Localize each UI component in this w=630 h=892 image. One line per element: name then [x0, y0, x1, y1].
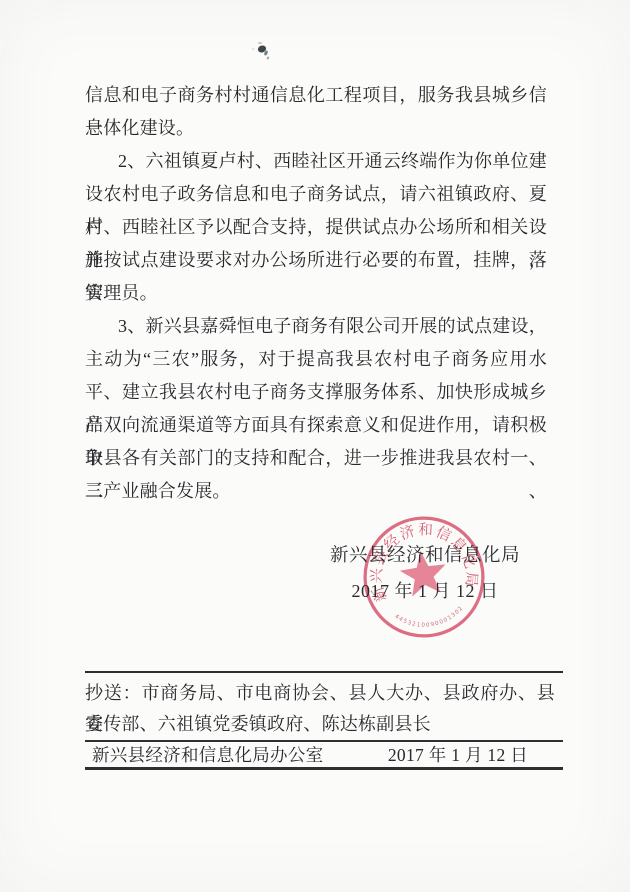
body-line: 并按试点建设要求对办公场所进行必要的布置，挂牌，落实	[85, 244, 547, 277]
body-line: 一体化建设。	[85, 112, 547, 145]
scanned-document-page: 信息和电子商务村村通信息化工程项目，服务我县城乡信息一体化建设。2、六祖镇夏卢村…	[0, 0, 630, 892]
signature-block: 新兴县经济和信息化局 2017 年 1 月 12 日	[265, 543, 585, 605]
body-line: 主动为“三农”服务，对于提高我县农村电子商务应用水	[85, 343, 547, 376]
signing-agency: 新兴县经济和信息化局	[265, 543, 585, 570]
body-line: 3、新兴县嘉舜恒电子商务有限公司开展的试点建设，	[85, 310, 547, 343]
body-line: 2、六祖镇夏卢村、西睦社区开通云终端作为你单位建	[85, 145, 547, 178]
signing-date: 2017 年 1 月 12 日	[265, 578, 585, 605]
body-line: 取县各有关部门的支持和配合，进一步推进我县农村一、二、	[85, 442, 547, 475]
issuer-bar: 新兴县经济和信息化局办公室 2017 年 1 月 12 日	[85, 742, 563, 767]
body-line: 村、西睦社区予以配合支持，提供试点办公场所和相关设施，	[85, 211, 547, 244]
body-line: 品双向流通渠道等方面具有探索意义和促进作用，请积极争	[85, 409, 547, 442]
divider-line-top	[85, 671, 563, 673]
issuing-office: 新兴县经济和信息化局办公室	[92, 742, 323, 767]
issue-date: 2017 年 1 月 12 日	[388, 742, 528, 767]
divider-line-bottom	[85, 767, 563, 770]
document-body: 信息和电子商务村村通信息化工程项目，服务我县城乡信息一体化建设。2、六祖镇夏卢村…	[85, 79, 547, 508]
copy-to-line-2: 宣传部、六祖镇党委镇政府、陈达栋副县长	[85, 709, 555, 740]
body-line: 平、建立我县农村电子商务支撑服务体系、加快形成城乡产	[85, 376, 547, 409]
body-line: 管理员。	[85, 277, 547, 310]
body-line: 设农村电子政务信息和电子商务试点，请六祖镇政府、夏卢	[85, 178, 547, 211]
seal-registration-code: 4453210090001302	[393, 604, 467, 633]
copy-to-block: 抄送：市商务局、市电商协会、县人大办、县政府办、县委 宣传部、六祖镇党委镇政府、…	[85, 678, 555, 740]
copy-to-line-1: 抄送：市商务局、市电商协会、县人大办、县政府办、县委	[85, 678, 555, 709]
ink-smudge	[248, 36, 284, 70]
body-line: 信息和电子商务村村通信息化工程项目，服务我县城乡信息	[85, 79, 547, 112]
